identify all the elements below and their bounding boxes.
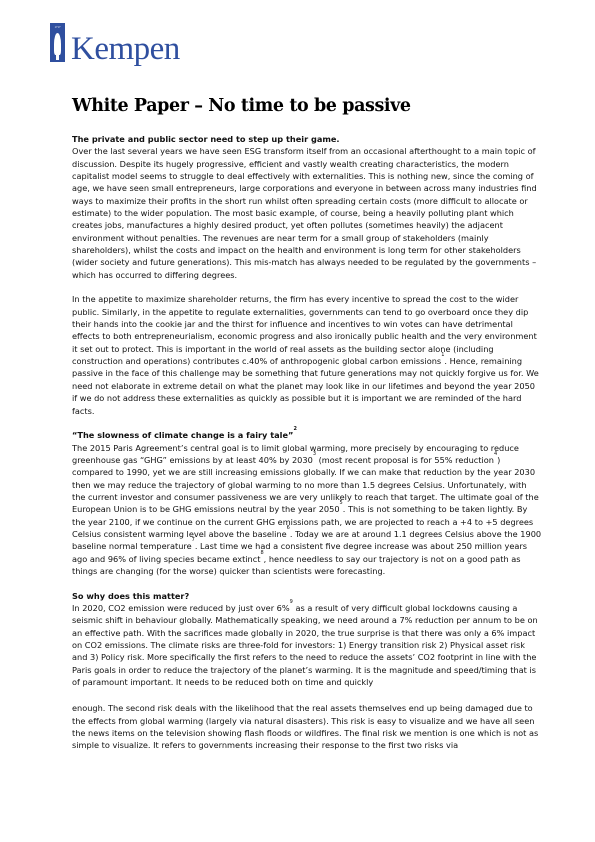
page-title: White Paper – No time to be passive <box>72 96 411 116</box>
tree-emblem-icon: 1717 <box>50 23 65 62</box>
document-body: The private and public sector need to st… <box>72 133 542 752</box>
section-heading: The private and public sector need to st… <box>72 133 542 145</box>
footnote-ref[interactable]: 2 <box>293 426 296 432</box>
logo-wordmark: Kempen <box>71 33 180 66</box>
paragraph: In the appetite to maximize shareholder … <box>72 293 542 416</box>
paragraph: In 2020, CO2 emission were reduced by ju… <box>72 602 542 688</box>
kempen-logo: 1717 Kempen <box>50 23 180 62</box>
paragraph: Over the last several years we have seen… <box>72 145 542 281</box>
paragraph: enough. The second risk deals with the l… <box>72 702 542 751</box>
logo-year: 1717 <box>50 25 65 29</box>
section-heading: So why does this matter? <box>72 590 542 602</box>
paragraph: The 2015 Paris Agreement’s central goal … <box>72 442 542 578</box>
section-heading: “The slowness of climate change is a fai… <box>72 429 542 441</box>
